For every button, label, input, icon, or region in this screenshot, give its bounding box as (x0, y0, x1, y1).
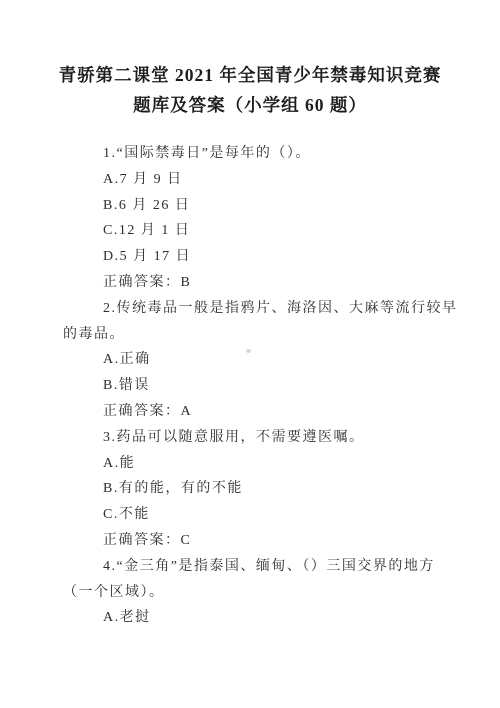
document-title-line-1: 青骄第二课堂 2021 年全国青少年禁毒知识竞赛 (0, 60, 500, 90)
question-1-text: 1.“国际禁毒日”是每年的（）。 (63, 141, 463, 167)
question-2-text-line-1: 2.传统毒品一般是指鸦片、海洛因、大麻等流行较早 (63, 296, 463, 322)
question-1-option-a: A.7 月 9 日 (63, 167, 463, 193)
question-3-answer: 正确答案：C (63, 528, 463, 554)
question-1-option-b: B.6 月 26 日 (63, 193, 463, 219)
question-2-option-a: A.正确 (63, 347, 463, 373)
document-page: 青骄第二课堂 2021 年全国青少年禁毒知识竞赛 题库及答案（小学组 60 题）… (0, 0, 500, 708)
question-4-option-a: A.老挝 (63, 605, 463, 631)
question-3-text: 3.药品可以随意服用，不需要遵医嘱。 (63, 425, 463, 451)
question-3-option-c: C.不能 (63, 502, 463, 528)
question-4-text-line-2: （一个区域）。 (63, 580, 463, 606)
document-body: 1.“国际禁毒日”是每年的（）。 A.7 月 9 日 B.6 月 26 日 C.… (63, 141, 463, 631)
question-2-answer: 正确答案：A (63, 399, 463, 425)
question-1-option-c: C.12 月 1 日 (63, 218, 463, 244)
question-2-text-line-2: 的毒品。 (63, 322, 463, 348)
question-2-option-b: B.错误 (63, 373, 463, 399)
question-1-answer: 正确答案：B (63, 270, 463, 296)
question-3-option-b: B.有的能，有的不能 (63, 476, 463, 502)
question-1-option-d: D.5 月 17 日 (63, 244, 463, 270)
document-title-line-2: 题库及答案（小学组 60 题） (0, 90, 500, 120)
question-3-option-a: A.能 (63, 451, 463, 477)
document-title: 青骄第二课堂 2021 年全国青少年禁毒知识竞赛 题库及答案（小学组 60 题） (0, 60, 500, 120)
question-4-text-line-1: 4.“金三角”是指泰国、缅甸、（）三国交界的地方 (63, 554, 463, 580)
scan-artifact-dot (246, 349, 251, 353)
